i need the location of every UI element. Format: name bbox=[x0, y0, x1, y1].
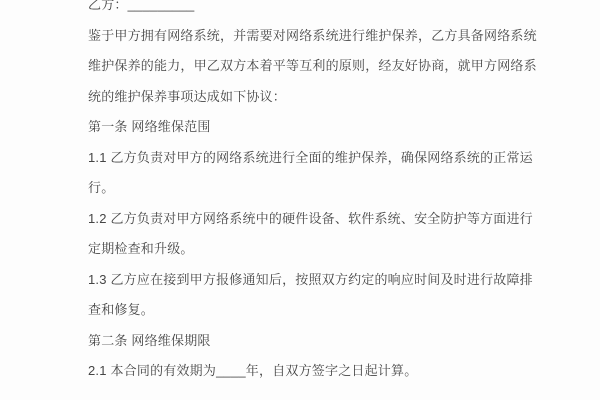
article-2-heading: 第二条 网络维保期限 bbox=[88, 326, 568, 357]
preamble-line-1: 鉴于甲方拥有网络系统，并需要对网络系统进行维护保养，乙方具备网络系统 bbox=[88, 21, 568, 52]
clause-1-2-line-1: 1.2 乙方负责对甲方网络系统中的硬件设备、软件系统、安全防护等方面进行 bbox=[88, 204, 568, 235]
clause-1-2-line-2: 定期检查和升级。 bbox=[88, 234, 568, 265]
preamble-line-3: 统的维护保养事项达成如下协议： bbox=[88, 82, 568, 113]
clause-1-3-line-1: 1.3 乙方应在接到甲方报修通知后，按照双方约定的响应时间及时进行故障排 bbox=[88, 265, 568, 296]
contract-body-text: 乙方：_________ 鉴于甲方拥有网络系统，并需要对网络系统进行维护保养，乙… bbox=[88, 0, 568, 387]
contract-document-page: 乙方：_________ 鉴于甲方拥有网络系统，并需要对网络系统进行维护保养，乙… bbox=[0, 0, 600, 400]
clause-1-1-line-1: 1.1 乙方负责对甲方的网络系统进行全面的维护保养，确保网络系统的正常运 bbox=[88, 143, 568, 174]
clause-1-3-line-2: 查和修复。 bbox=[88, 295, 568, 326]
clause-2-1-line: 2.1 本合同的有效期为____年，自双方签字之日起计算。 bbox=[88, 356, 568, 387]
party-b-line: 乙方：_________ bbox=[88, 0, 568, 21]
article-1-heading: 第一条 网络维保范围 bbox=[88, 112, 568, 143]
clause-1-1-line-2: 行。 bbox=[88, 173, 568, 204]
preamble-line-2: 维护保养的能力，甲乙双方本着平等互利的原则，经友好协商，就甲方网络系 bbox=[88, 51, 568, 82]
